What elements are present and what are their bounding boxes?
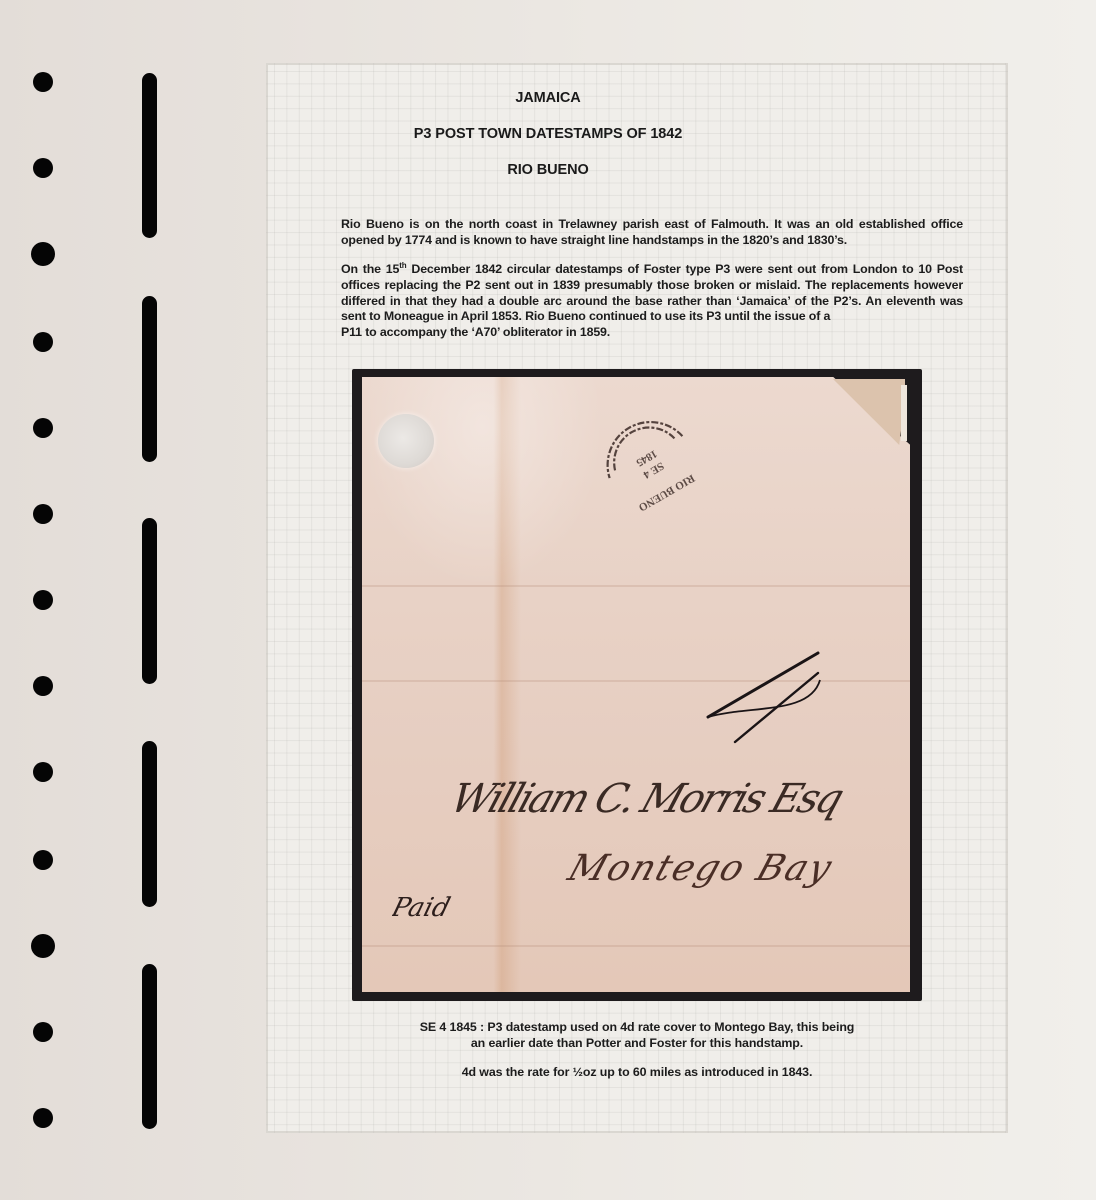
cover-fold-line [362, 585, 910, 587]
punch-hole [33, 418, 53, 438]
punch-hole [33, 332, 53, 352]
page-town-heading: RIO BUENO [0, 162, 1096, 178]
punch-hole [33, 762, 53, 782]
manuscript-rate-mark [700, 645, 830, 745]
binder-slot [142, 296, 157, 462]
manuscript-endorsement: Paid [392, 880, 472, 930]
cover-flap-edge [901, 385, 907, 441]
punch-hole [31, 934, 55, 958]
para2-last-line: P11 to accompany the ‘A70’ obliterator i… [341, 325, 963, 341]
svg-text:William C. Morris Esq: William C. Morris Esq [455, 775, 850, 822]
svg-text:RIO BUENO: RIO BUENO [636, 472, 697, 514]
svg-text:Paid: Paid [392, 892, 453, 922]
manuscript-addressee: William C. Morris Esq Montego Bay [455, 760, 895, 900]
caption-line-1: SE 4 1845 : P3 datestamp used on 4d rate… [266, 1019, 1008, 1035]
page-subtitle: P3 POST TOWN DATESTAMPS OF 1842 [0, 126, 1096, 142]
punch-hole [33, 1108, 53, 1128]
punch-hole [31, 242, 55, 266]
intro-paragraph-1: Rio Bueno is on the north coast in Trela… [341, 217, 963, 249]
page-country-heading: JAMAICA [0, 90, 1096, 106]
wax-seal-icon [378, 414, 434, 468]
punch-hole [33, 504, 53, 524]
punch-hole [33, 676, 53, 696]
binder-slot [142, 518, 157, 684]
caption-line-2: an earlier date than Potter and Foster f… [266, 1035, 1008, 1051]
para2-main: December 1842 circular datestamps of Fos… [341, 262, 963, 323]
binder-slot [142, 964, 157, 1129]
para2-prefix: On the 15 [341, 262, 399, 276]
svg-text:Montego Bay: Montego Bay [562, 847, 838, 889]
caption-line-3: 4d was the rate for ½oz up to 60 miles a… [266, 1064, 1008, 1080]
punch-hole [33, 72, 53, 92]
intro-paragraph-2: On the 15th December 1842 circular dates… [341, 262, 963, 341]
punch-hole [33, 1022, 53, 1042]
cover-fold-line [362, 945, 910, 947]
datestamp-icon: SE 4 1845 RIO BUENO [598, 412, 702, 516]
punch-hole [33, 850, 53, 870]
para2-ordinal: th [399, 261, 406, 270]
punch-hole [33, 590, 53, 610]
binder-slot [142, 741, 157, 907]
